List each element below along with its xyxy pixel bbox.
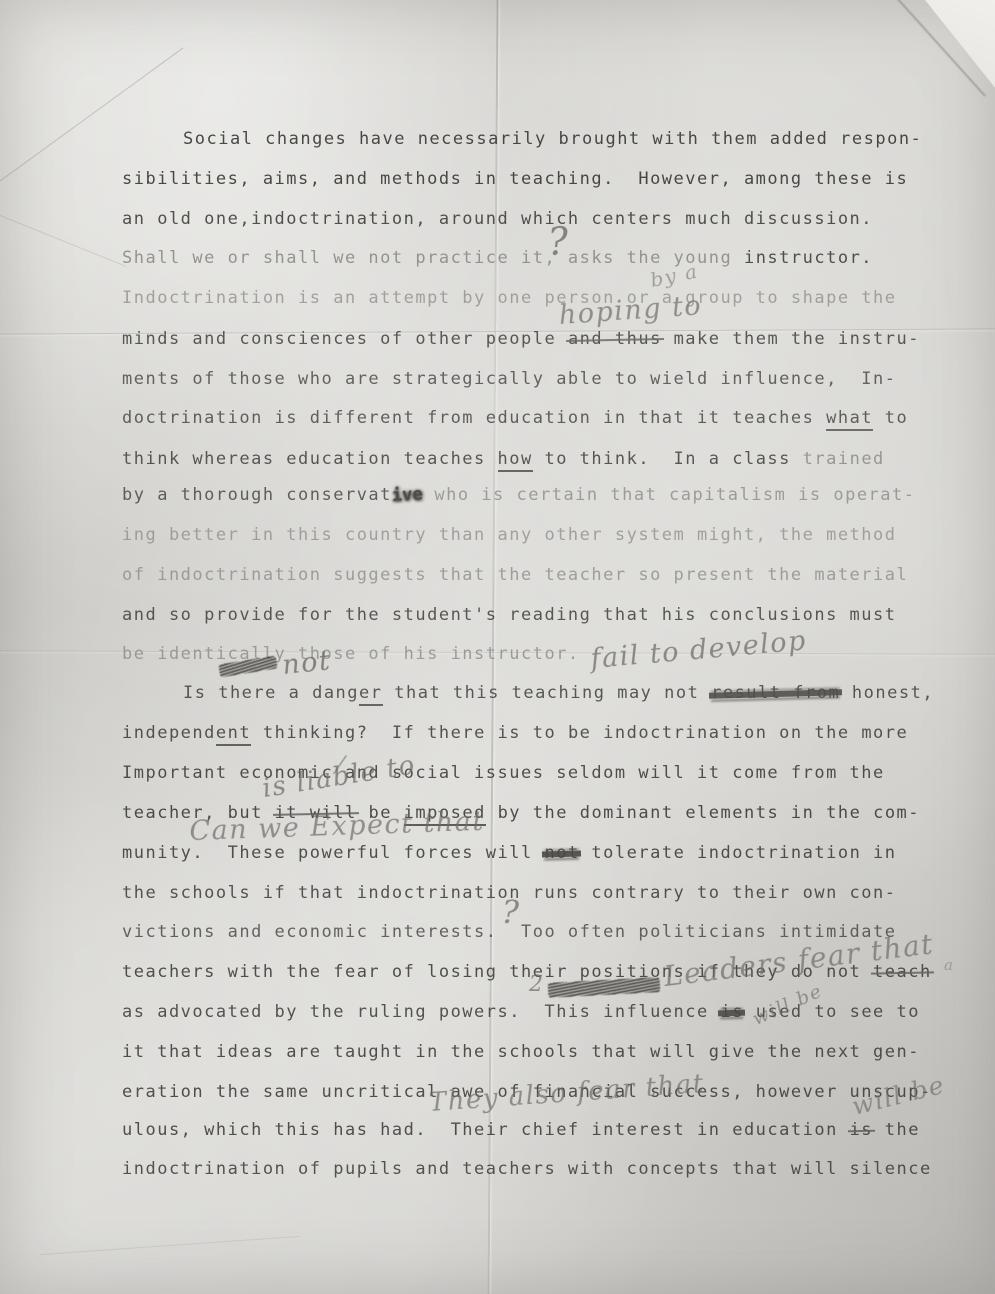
struck-text: result from <box>711 683 840 703</box>
typed-line: and so provide for the student's reading… <box>122 605 897 625</box>
typed-text: ulous, which this has had. Their chief i… <box>122 1120 850 1140</box>
typed-text: honest, <box>840 683 934 703</box>
typed-text: Shall we or shall we not practice it, as… <box>122 248 744 268</box>
typed-text: minds and consciences of other people <box>122 329 568 349</box>
typed-text: Indoctrination is an attempt by one pers… <box>122 288 897 308</box>
typed-text: by a thorough conservat <box>122 485 392 505</box>
bottom-crease <box>40 1236 299 1255</box>
typed-line: indoctrination of pupils and teachers wi… <box>122 1159 932 1179</box>
typed-line: think whereas education teaches how to t… <box>122 449 885 469</box>
typed-text: indoctrination of pupils and teachers wi… <box>122 1159 932 1179</box>
scanned-page: Social changes have necessarily brought … <box>0 0 995 1294</box>
typed-text: an old one,indoctrination, around which … <box>122 209 873 229</box>
typed-line: Social changes have necessarily brought … <box>183 129 922 149</box>
typed-line: it that ideas are taught in the schools … <box>122 1042 920 1062</box>
typed-line: doctrination is different from education… <box>122 408 908 428</box>
handwritten-annotation: ? <box>501 893 521 932</box>
typed-text: instructor. <box>744 248 873 268</box>
typed-text: sibilities, aims, and methods in teachin… <box>122 169 908 189</box>
typed-line: be identically those of his instructor. <box>122 644 580 664</box>
typed-text: ments of those who are strategically abl… <box>122 369 897 389</box>
typed-text: think whereas education teaches <box>122 449 498 469</box>
underlined-text: what <box>826 408 873 431</box>
typed-text: Important economic and social issues sel… <box>122 763 885 783</box>
typed-line: Is there a danger that this teaching may… <box>183 683 934 703</box>
typed-text: the <box>873 1120 920 1140</box>
overwritten-text: ive <box>391 484 423 506</box>
handwritten-annotation: They also fear that <box>428 1069 706 1118</box>
corner-crease <box>0 210 127 267</box>
typed-text: be identically those of his instructor. <box>122 644 580 664</box>
struck-text: is <box>720 1002 743 1022</box>
typed-text: it that ideas are taught in the schools … <box>122 1042 920 1062</box>
typed-line: by a thorough conservative who is certai… <box>122 485 916 505</box>
handwritten-annotation: 2 <box>529 972 545 997</box>
typed-line: ments of those who are strategically abl… <box>122 369 897 389</box>
typed-line: sibilities, aims, and methods in teachin… <box>122 169 908 189</box>
handwritten-annotation: will be <box>849 1070 948 1121</box>
typed-text: Social changes have necessarily brought … <box>183 129 922 149</box>
typed-text: and so provide for the student's reading… <box>122 605 897 625</box>
handwritten-annotation: ? <box>547 219 571 264</box>
typed-text: that this teaching may not <box>383 683 712 703</box>
handwritten-annotation: will be <box>749 980 826 1030</box>
typed-text: who is certain that capitalism is operat… <box>423 485 916 505</box>
typed-text: by the dominant elements in the com- <box>486 803 920 823</box>
typed-text: ing better in this country than any othe… <box>122 525 897 545</box>
typed-text: trained <box>803 449 885 469</box>
struck-text: and thus <box>568 329 662 349</box>
typed-line: ing better in this country than any othe… <box>122 525 897 545</box>
typed-text: as advocated by the ruling powers. This … <box>122 1002 720 1022</box>
typed-line: Shall we or shall we not practice it, as… <box>122 248 873 268</box>
typed-line: Important economic and social issues sel… <box>122 763 885 783</box>
typed-text: Is there a dang <box>183 683 359 703</box>
underlined-text: er <box>359 683 382 706</box>
typed-text: tolerate indoctrination in <box>580 843 897 863</box>
typed-line: of indoctrination suggests that the teac… <box>122 565 908 585</box>
typed-text: thinking? If there is to be indoctrinati… <box>251 723 908 743</box>
underlined-text: how <box>498 449 533 472</box>
typed-line: munity. These powerful forces will not t… <box>122 843 897 863</box>
typed-text: munity. These powerful forces will <box>122 843 544 863</box>
typed-text: doctrination is different from education… <box>122 408 826 428</box>
typed-text: independ <box>122 723 216 743</box>
typed-line: Indoctrination is an attempt by one pers… <box>122 288 897 308</box>
struck-text: is <box>850 1120 873 1140</box>
underlined-text: ent <box>216 723 251 746</box>
typed-line: an old one,indoctrination, around which … <box>122 209 873 229</box>
typed-line: minds and consciences of other people an… <box>122 329 920 349</box>
typed-text: of indoctrination suggests that the teac… <box>122 565 908 585</box>
folded-corner <box>903 0 995 102</box>
typed-line: independent thinking? If there is to be … <box>122 723 908 743</box>
typed-line: ulous, which this has had. Their chief i… <box>122 1120 920 1140</box>
struck-text: not <box>544 843 579 863</box>
typed-text: to <box>873 408 908 428</box>
handwritten-annotation: a <box>944 956 954 974</box>
typed-text: to think. In a class <box>533 449 803 469</box>
typed-text: make them the instru- <box>662 329 920 349</box>
handwritten-annotation: not <box>281 645 333 681</box>
handwritten-annotation: fail to develop <box>589 625 808 675</box>
